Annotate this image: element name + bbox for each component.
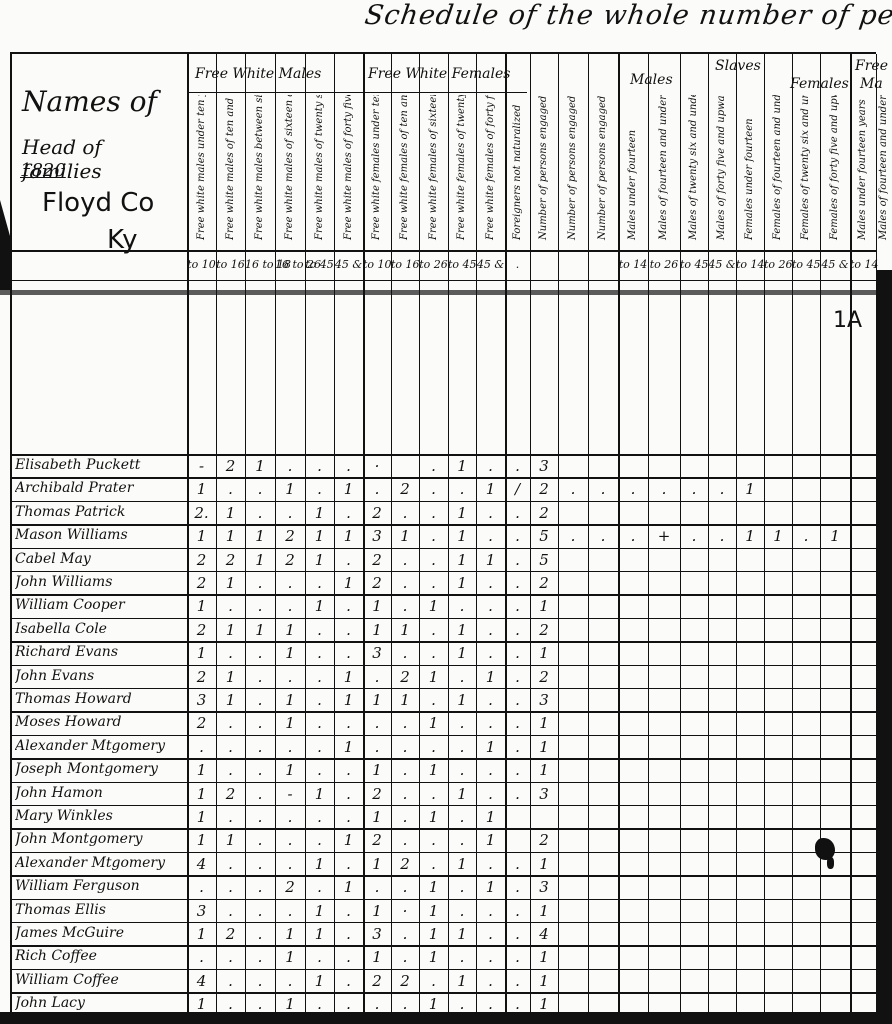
tally-cell: [708, 502, 736, 525]
group-slaves-males: Males: [630, 72, 673, 88]
tally-cell: .: [476, 502, 505, 525]
tally-cell: [618, 712, 648, 735]
tally-cell: [648, 712, 680, 735]
tally-cell: .: [245, 689, 275, 712]
tally-cell: [680, 502, 708, 525]
tally-cell: [792, 478, 820, 501]
tally-cell: [618, 923, 648, 946]
tally-cell: [792, 642, 820, 665]
column-header-label: Females of twenty six and under forty fi…: [801, 95, 811, 240]
tally-cell: [558, 829, 588, 852]
tally-cell: .: [334, 783, 363, 806]
head-of-family-name: Alexander Mtgomery: [15, 738, 187, 754]
tally-cell: .: [476, 689, 505, 712]
tally-cell: .: [476, 525, 505, 548]
tally-cell: .: [275, 455, 305, 478]
tally-cell: .: [419, 783, 448, 806]
tally-cell: .: [391, 806, 419, 829]
tally-cell: [850, 923, 876, 946]
tally-cell: .: [505, 619, 530, 642]
column-header: Females of forty five and upwards: [820, 95, 850, 250]
tally-cell: [680, 689, 708, 712]
tally-cell: [736, 853, 764, 876]
tally-cell: .: [558, 525, 588, 548]
column-header-label: Free white males of forty five and upwar…: [344, 95, 354, 240]
age-range-label: 45 &: [708, 258, 736, 271]
head-of-family-name: James McGuire: [15, 925, 187, 941]
head-of-family-name: Cabel May: [15, 551, 187, 567]
tally-cell: .: [419, 549, 448, 572]
tally-cell: [558, 642, 588, 665]
tally-cell: [558, 946, 588, 969]
header-top-border: [10, 52, 876, 54]
tally-cell: 1: [305, 783, 334, 806]
head-of-family-name: Richard Evans: [15, 644, 187, 660]
tally-cell: [736, 712, 764, 735]
tally-cell: [792, 946, 820, 969]
tally-cell: .: [476, 783, 505, 806]
tally-cell: 1: [305, 502, 334, 525]
column-header: Females under fourteen: [736, 95, 764, 250]
tally-cell: 1: [216, 525, 245, 548]
tally-cell: .: [245, 642, 275, 665]
tally-cell: 1: [419, 806, 448, 829]
tally-cell: 2: [187, 619, 216, 642]
tally-cell: [820, 572, 850, 595]
tally-cell: .: [505, 970, 530, 993]
tally-cell: [618, 853, 648, 876]
tally-cell: 1: [305, 900, 334, 923]
table-row: John Montgomery11...12...12: [10, 829, 876, 852]
tally-cell: [680, 806, 708, 829]
tally-cell: .: [391, 946, 419, 969]
tally-cell: 1: [305, 923, 334, 946]
tally-cell: .: [334, 806, 363, 829]
column-header-label: Free white males between sixteen and eig…: [255, 95, 265, 240]
tally-cell: 1: [419, 712, 448, 735]
tally-cell: 1: [334, 829, 363, 852]
tally-cell: [850, 525, 876, 548]
tally-cell: 1: [448, 572, 476, 595]
tally-cell: 2: [530, 619, 558, 642]
tally-cell: [618, 829, 648, 852]
tally-cell: .: [391, 572, 419, 595]
tally-cell: 2: [275, 525, 305, 548]
year-label: 1820: [20, 160, 66, 181]
tally-cell: .: [391, 549, 419, 572]
column-header-label: Females under fourteen: [745, 118, 755, 240]
tally-cell: .: [275, 806, 305, 829]
tally-cell: [558, 549, 588, 572]
tally-cell: .: [476, 923, 505, 946]
tally-cell: [708, 829, 736, 852]
tally-cell: .: [275, 595, 305, 618]
tally-cell: [680, 642, 708, 665]
tally-cell: [588, 923, 618, 946]
tally-cell: 1: [363, 900, 391, 923]
tally-cell: [736, 876, 764, 899]
tally-cell: 2: [216, 923, 245, 946]
tally-cell: [648, 923, 680, 946]
column-header-label: Males of twenty six and under forty five: [689, 95, 699, 240]
tally-cell: .: [505, 783, 530, 806]
tally-cell: .: [245, 478, 275, 501]
column-header-label: Males under fourteen years: [858, 99, 868, 240]
tally-cell: 4: [187, 970, 216, 993]
tally-cell: [588, 642, 618, 665]
tally-cell: [708, 759, 736, 782]
tally-cell: .: [334, 946, 363, 969]
tally-cell: [558, 619, 588, 642]
tally-cell: 1: [334, 572, 363, 595]
tally-cell: [708, 455, 736, 478]
column-header-label: Number of persons engaged in agriculture: [539, 95, 549, 240]
tally-cell: 1: [419, 946, 448, 969]
tally-cell: 1: [363, 806, 391, 829]
tally-cell: [588, 736, 618, 759]
column-header: Foreigners not naturalized: [505, 95, 530, 250]
tally-cell: 2: [216, 455, 245, 478]
tally-cell: [588, 666, 618, 689]
blank-area: [0, 295, 892, 455]
tally-cell: .: [448, 666, 476, 689]
column-header: Number of persons engaged in agriculture: [530, 95, 558, 250]
tally-cell: .: [305, 712, 334, 735]
tally-cell: [588, 783, 618, 806]
head-of-family-name: William Cooper: [15, 597, 187, 613]
page-edge-shadow: [0, 200, 10, 290]
tally-cell: [648, 946, 680, 969]
tally-cell: .: [334, 549, 363, 572]
tally-cell: [764, 829, 792, 852]
tally-cell: [850, 946, 876, 969]
tally-cell: [648, 736, 680, 759]
tally-cell: [648, 853, 680, 876]
tally-cell: .: [680, 478, 708, 501]
tally-cell: .: [245, 806, 275, 829]
tally-cell: .: [334, 595, 363, 618]
head-of-family-name: Alexander Mtgomery: [15, 855, 187, 871]
tally-cell: 1: [448, 455, 476, 478]
column-header: Free white females of forty five and upw…: [476, 95, 505, 250]
tally-cell: .: [505, 876, 530, 899]
head-of-family-name: William Ferguson: [15, 878, 187, 894]
tally-cell: [850, 736, 876, 759]
tally-cell: [708, 900, 736, 923]
tally-cell: [558, 666, 588, 689]
tally-cell: [708, 970, 736, 993]
column-header: Free white females of sixteen and under …: [419, 95, 448, 250]
tally-cell: [736, 900, 764, 923]
tally-cell: 2: [530, 666, 558, 689]
tally-cell: .: [792, 525, 820, 548]
tally-cell: [558, 502, 588, 525]
tally-cell: 1: [275, 946, 305, 969]
tally-cell: [588, 853, 618, 876]
tally-cell: 2: [363, 572, 391, 595]
table-row: William Coffee4...1.22.1..1: [10, 970, 876, 993]
tally-cell: [792, 876, 820, 899]
tally-cell: [736, 829, 764, 852]
tally-cell: [820, 666, 850, 689]
tally-cell: .: [275, 572, 305, 595]
head-of-family-name: Elisabeth Puckett: [15, 457, 187, 473]
tally-cell: .: [505, 666, 530, 689]
tally-cell: [588, 876, 618, 899]
tally-cell: .: [245, 946, 275, 969]
tally-cell: 1: [476, 666, 505, 689]
column-header: Males of fourteen and under twenty six: [648, 95, 680, 250]
tally-cell: .: [245, 900, 275, 923]
tally-cell: [820, 900, 850, 923]
tally-cell: 1: [334, 689, 363, 712]
tally-cell: 1: [216, 666, 245, 689]
tally-cell: .: [275, 853, 305, 876]
tally-cell: 1: [334, 478, 363, 501]
tally-cell: [648, 689, 680, 712]
tally-cell: 1: [334, 876, 363, 899]
tally-cell: 1: [187, 829, 216, 852]
tally-cell: .: [305, 642, 334, 665]
tally-cell: [736, 502, 764, 525]
tally-cell: .: [187, 876, 216, 899]
age-range-label: to 26: [419, 258, 448, 271]
tally-cell: .: [419, 502, 448, 525]
tally-cell: [764, 478, 792, 501]
tally-cell: -: [187, 455, 216, 478]
head-of-family-name: Archibald Prater: [15, 480, 187, 496]
tally-cell: [736, 455, 764, 478]
tally-cell: [588, 502, 618, 525]
tally-cell: .: [245, 572, 275, 595]
tally-cell: .: [216, 806, 245, 829]
column-header: Females of twenty six and under forty fi…: [792, 95, 820, 250]
tally-cell: 1: [448, 853, 476, 876]
tally-cell: 1: [245, 549, 275, 572]
tally-cell: .: [505, 923, 530, 946]
tally-cell: .: [334, 455, 363, 478]
tally-cell: .: [391, 642, 419, 665]
tally-cell: [618, 549, 648, 572]
tally-cell: .: [334, 642, 363, 665]
tally-cell: [792, 806, 820, 829]
tally-cell: .: [245, 923, 275, 946]
tally-cell: 3: [363, 923, 391, 946]
tally-cell: [588, 806, 618, 829]
tally-cell: [792, 455, 820, 478]
tally-cell: .: [476, 946, 505, 969]
tally-cell: [708, 736, 736, 759]
tally-cell: .: [305, 572, 334, 595]
age-range-label: to 16: [391, 258, 419, 271]
tally-cell: [764, 900, 792, 923]
tally-cell: 1: [530, 900, 558, 923]
tally-cell: 5: [530, 549, 558, 572]
page-mark: 1A: [833, 308, 862, 333]
column-header: Males of forty five and upwards: [708, 95, 736, 250]
tally-cell: [505, 829, 530, 852]
column-header: Males of fourteen and under: [876, 95, 892, 250]
tally-cell: 1: [187, 806, 216, 829]
tally-cell: .: [505, 549, 530, 572]
tally-cell: .: [505, 853, 530, 876]
tally-cell: [820, 478, 850, 501]
tally-cell: 1: [363, 946, 391, 969]
tally-cell: [820, 549, 850, 572]
tally-cell: 1: [419, 876, 448, 899]
age-range-label: to 26: [648, 258, 680, 271]
tally-cell: [708, 783, 736, 806]
tally-cell: 3: [187, 900, 216, 923]
tally-cell: [648, 572, 680, 595]
tally-cell: [792, 970, 820, 993]
tally-cell: .: [419, 689, 448, 712]
tally-cell: [850, 712, 876, 735]
age-range-label: 16 to 18: [245, 258, 275, 271]
tally-cell: 1: [391, 525, 419, 548]
tally-cell: [850, 783, 876, 806]
tally-cell: 3: [530, 783, 558, 806]
tally-cell: 1: [530, 736, 558, 759]
tally-cell: 4: [187, 853, 216, 876]
table-top-rule: [10, 454, 876, 456]
tally-cell: .: [505, 736, 530, 759]
tally-cell: .: [245, 853, 275, 876]
tally-cell: [820, 595, 850, 618]
tally-cell: [820, 455, 850, 478]
tally-cell: [850, 853, 876, 876]
tally-cell: 2: [363, 970, 391, 993]
tally-cell: [680, 736, 708, 759]
age-range-label: to 45: [448, 258, 476, 271]
tally-cell: 1: [448, 970, 476, 993]
tally-cell: 4: [530, 923, 558, 946]
table-row: Moses Howard2..1....1...1: [10, 712, 876, 735]
tally-cell: .: [419, 736, 448, 759]
tally-cell: 1: [530, 759, 558, 782]
tally-cell: 1: [275, 619, 305, 642]
tally-cell: [648, 502, 680, 525]
tally-cell: 1: [530, 946, 558, 969]
column-header: Females of fourteen and under twenty six: [764, 95, 792, 250]
tally-cell: 2: [363, 502, 391, 525]
tally-cell: .: [448, 900, 476, 923]
tally-cell: .: [391, 595, 419, 618]
page-bottom-edge: [0, 1012, 892, 1024]
tally-cell: 1: [187, 478, 216, 501]
tally-cell: .: [476, 455, 505, 478]
tally-cell: 1: [419, 923, 448, 946]
tally-cell: [680, 783, 708, 806]
tally-cell: .: [216, 970, 245, 993]
tally-cell: .: [305, 455, 334, 478]
column-header-label: Males of fourteen and under twenty six: [659, 95, 669, 240]
tally-cell: 3: [363, 642, 391, 665]
tally-cell: [820, 619, 850, 642]
tally-cell: .: [476, 572, 505, 595]
tally-cell: [792, 853, 820, 876]
tally-cell: [736, 572, 764, 595]
tally-cell: 5: [530, 525, 558, 548]
tally-cell: .: [363, 712, 391, 735]
tally-cell: [680, 970, 708, 993]
tally-cell: [648, 876, 680, 899]
tally-cell: 1: [363, 595, 391, 618]
tally-cell: 1: [245, 525, 275, 548]
tally-cell: 1: [363, 619, 391, 642]
table-row: Thomas Ellis3...1.1·1...1: [10, 900, 876, 923]
tally-cell: .: [476, 619, 505, 642]
age-range-label: to 14: [850, 258, 876, 271]
tally-cell: [736, 642, 764, 665]
tally-cell: [850, 759, 876, 782]
tally-cell: [618, 970, 648, 993]
tally-cell: [588, 572, 618, 595]
tally-cell: [850, 572, 876, 595]
tally-cell: .: [334, 619, 363, 642]
tally-cell: .: [505, 595, 530, 618]
tally-cell: [820, 783, 850, 806]
county-label: Floyd Co: [42, 188, 154, 218]
table-row: Joseph Montgomery1..1..1.1...1: [10, 759, 876, 782]
tally-cell: [850, 829, 876, 852]
tally-cell: 1: [530, 642, 558, 665]
tally-cell: 2: [530, 478, 558, 501]
tally-cell: 1: [530, 595, 558, 618]
tally-cell: [764, 923, 792, 946]
census-page: Schedule of the whole number of persons …: [0, 0, 892, 1024]
table-row: Alexander Mtgomery.....1....1.1: [10, 736, 876, 759]
tally-cell: .: [505, 502, 530, 525]
tally-cell: 1: [448, 502, 476, 525]
tally-cell: [792, 689, 820, 712]
column-header-label: Free white males of sixteen and under tw…: [285, 95, 295, 240]
tally-cell: .: [216, 876, 245, 899]
tally-cell: 1: [187, 642, 216, 665]
tally-cell: [736, 666, 764, 689]
tally-cell: [850, 595, 876, 618]
tally-cell: [618, 595, 648, 618]
column-header: Free white females of twenty six and und…: [448, 95, 476, 250]
head-of-family-name: John Hamon: [15, 785, 187, 801]
age-range-label: 16 to 26: [275, 258, 305, 271]
tally-cell: 1: [334, 666, 363, 689]
tally-cell: .: [216, 478, 245, 501]
age-row-border: [10, 280, 876, 281]
tally-cell: -: [275, 783, 305, 806]
tally-cell: [618, 900, 648, 923]
tally-cell: [764, 712, 792, 735]
tally-cell: [648, 829, 680, 852]
tally-cell: [588, 549, 618, 572]
tally-cell: [618, 876, 648, 899]
tally-cell: .: [476, 900, 505, 923]
tally-cell: +: [648, 525, 680, 548]
table-row: Mason Williams11121131.1..5...+..11.1: [10, 525, 876, 548]
tally-cell: 1: [820, 525, 850, 548]
tally-cell: .: [648, 478, 680, 501]
tally-cell: 1: [216, 829, 245, 852]
tally-cell: 2: [530, 829, 558, 852]
tally-cell: 2: [363, 549, 391, 572]
tally-cell: .: [391, 712, 419, 735]
tally-cell: [792, 549, 820, 572]
tally-cell: [680, 666, 708, 689]
tally-cell: [792, 783, 820, 806]
tally-cell: .: [216, 712, 245, 735]
tally-cell: [820, 806, 850, 829]
tally-cell: [708, 619, 736, 642]
